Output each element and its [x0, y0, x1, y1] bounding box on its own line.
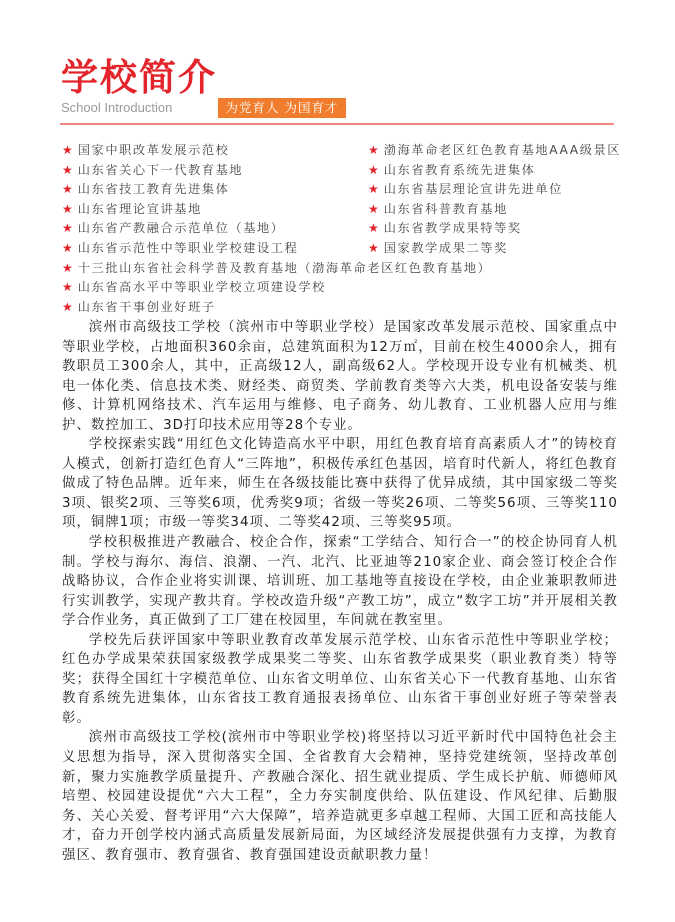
honor-label: 山东省干事创业好班子 [78, 300, 216, 314]
honor-label: 山东省技工教育先进集体 [78, 182, 230, 196]
honor-row: ★山东省产教融合示范单位（基地）★山东省教学成果特等奖 [62, 219, 642, 239]
star-icon: ★ [368, 163, 379, 177]
star-icon: ★ [368, 143, 379, 157]
honor-item: ★山东省教学成果特等奖 [368, 219, 522, 239]
page-title: 学校简介 [61, 56, 217, 100]
honor-row: ★山东省干事创业好班子 [62, 298, 642, 318]
star-icon: ★ [62, 241, 73, 255]
honor-item: ★山东省科普教育基地 [368, 200, 508, 220]
honor-item: ★山东省产教融合示范单位（基地） [62, 219, 285, 239]
honor-item: ★山东省示范性中等职业学校建设工程 [62, 239, 298, 259]
honor-row: ★山东省技工教育先进集体★山东省基层理论宣讲先进单位 [62, 180, 642, 200]
slogan-badge: 为党育人 为国育才 [218, 98, 346, 118]
star-icon: ★ [368, 221, 379, 235]
honor-label: 山东省基层理论宣讲先进单位 [384, 182, 563, 196]
honor-row: ★山东省关心下一代教育基地★山东省教育系统先进集体 [62, 161, 642, 181]
honor-item: ★国家中职改革发展示范校 [62, 141, 229, 161]
star-icon: ★ [368, 241, 379, 255]
honor-label: 山东省关心下一代教育基地 [78, 163, 243, 177]
honor-item: ★山东省关心下一代教育基地 [62, 161, 243, 181]
star-icon: ★ [62, 261, 73, 275]
star-icon: ★ [368, 202, 379, 216]
star-icon: ★ [62, 300, 73, 314]
honors-list: ★国家中职改革发展示范校★渤海革命老区红色教育基地AAA级景区★山东省关心下一代… [62, 141, 642, 317]
honor-label: 山东省教学成果特等奖 [384, 221, 522, 235]
honor-row: ★十三批山东省社会科学普及教育基地（渤海革命老区红色教育基地） [62, 259, 642, 279]
star-icon: ★ [62, 221, 73, 235]
star-icon: ★ [62, 280, 73, 294]
star-icon: ★ [62, 143, 73, 157]
star-icon: ★ [368, 182, 379, 196]
honor-item: ★山东省技工教育先进集体 [62, 180, 229, 200]
honor-label: 山东省理论宣讲基地 [78, 202, 202, 216]
honor-label: 渤海革命老区红色教育基地AAA级景区 [384, 143, 621, 157]
star-icon: ★ [62, 163, 73, 177]
honor-item: ★十三批山东省社会科学普及教育基地（渤海革命老区红色教育基地） [62, 259, 491, 279]
page-subtitle: School Introduction [61, 100, 172, 115]
honor-item: ★山东省理论宣讲基地 [62, 200, 202, 220]
intro-paragraph: 滨州市高级技工学校（滨州市中等职业学校）是国家改革发展示范校、国家重点中等职业学… [62, 318, 618, 435]
honor-label: 山东省高水平中等职业学校立项建设学校 [78, 280, 326, 294]
honor-label: 国家教学成果二等奖 [384, 241, 508, 255]
honor-item: ★国家教学成果二等奖 [368, 239, 508, 259]
honor-item: ★山东省高水平中等职业学校立项建设学校 [62, 278, 326, 298]
honor-row: ★山东省理论宣讲基地★山东省科普教育基地 [62, 200, 642, 220]
honor-item: ★山东省基层理论宣讲先进单位 [368, 180, 563, 200]
honor-label: 山东省科普教育基地 [384, 202, 508, 216]
honor-row: ★山东省高水平中等职业学校立项建设学校 [62, 278, 642, 298]
honor-item: ★山东省教育系统先进集体 [368, 161, 535, 181]
intro-paragraph: 学校探索实践“用红色文化铸造高水平中职，用红色教育培育高素质人才”的铸校育人模式… [62, 435, 618, 533]
intro-paragraph: 学校积极推进产教融合、校企合作，探索“工学结合、知行合一”的校企协同育人机制。学… [62, 533, 618, 631]
honor-label: 国家中职改革发展示范校 [78, 143, 230, 157]
honor-row: ★国家中职改革发展示范校★渤海革命老区红色教育基地AAA级景区 [62, 141, 642, 161]
intro-paragraph: 学校先后获评国家中等职业教育改革发展示范学校、山东省示范性中等职业学校；红色办学… [62, 631, 618, 729]
header-divider [60, 123, 614, 125]
intro-body: 滨州市高级技工学校（滨州市中等职业学校）是国家改革发展示范校、国家重点中等职业学… [62, 318, 618, 865]
honor-label: 十三批山东省社会科学普及教育基地（渤海革命老区红色教育基地） [78, 261, 492, 275]
honor-item: ★山东省干事创业好班子 [62, 298, 216, 318]
honor-label: 山东省教育系统先进集体 [384, 163, 536, 177]
honor-row: ★山东省示范性中等职业学校建设工程★国家教学成果二等奖 [62, 239, 642, 259]
star-icon: ★ [62, 182, 73, 196]
intro-paragraph: 滨州市高级技工学校(滨州市中等职业学校)将坚持以习近平新时代中国特色社会主义思想… [62, 728, 618, 865]
star-icon: ★ [62, 202, 73, 216]
honor-label: 山东省产教融合示范单位（基地） [78, 221, 285, 235]
honor-label: 山东省示范性中等职业学校建设工程 [78, 241, 299, 255]
honor-item: ★渤海革命老区红色教育基地AAA级景区 [368, 141, 621, 161]
